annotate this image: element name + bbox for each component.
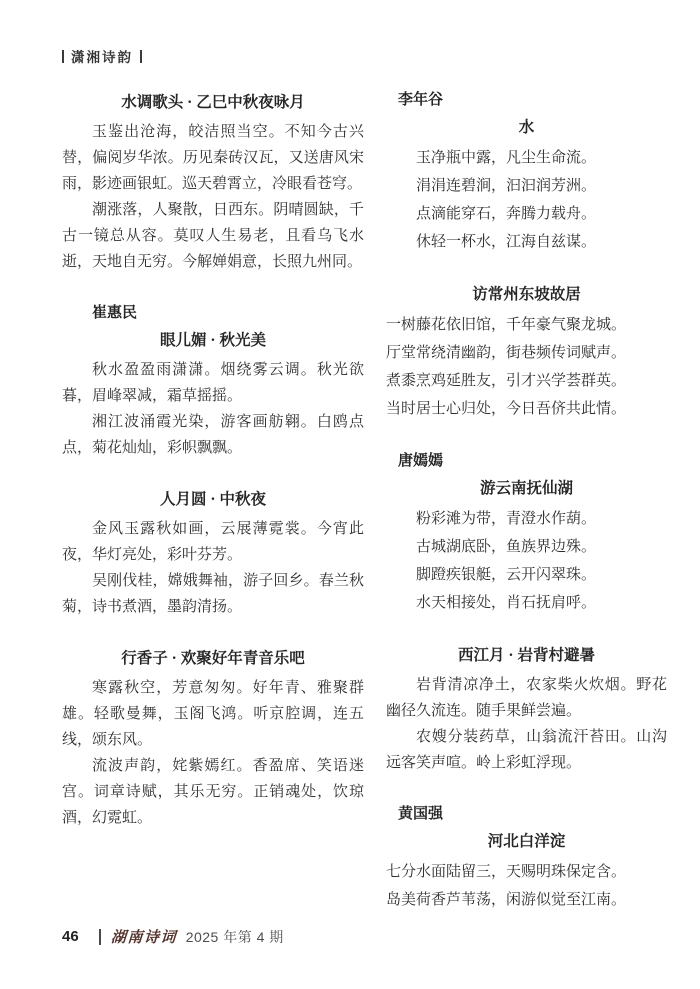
poem-title-youyunnan: 游云南抚仙湖 <box>386 476 667 498</box>
verse-line: 古城湖底卧，鱼族界边殊。 <box>416 533 667 561</box>
author-cuihuimin: 崔惠民 <box>62 301 364 322</box>
section-header: 潇湘诗韵 <box>62 46 667 66</box>
poem-stanza: 湘江波涌霞光染，游客画舫翱。白鸥点点，菊花灿灿，彩帜飘飘。 <box>62 409 364 461</box>
poem-title-renyueyuan: 人月圆 · 中秋夜 <box>62 487 364 509</box>
verse-line: 煮黍烹鸡延胜友，引才兴学荟群英。 <box>386 367 667 395</box>
poem-stanza: 寒露秋空，芳意匆匆。好年青、雅聚群雄。轻歌曼舞，玉阁飞鸿。听京腔调，连五线，颂东… <box>62 675 364 753</box>
verse-line: 岛美荷香芦苇荡，闲游似觉至江南。 <box>386 886 667 914</box>
poem-stanza: 玉鉴出沧海，皎洁照当空。不知今古兴替，偏阅岁华浓。历见秦砖汉瓦，又送唐风宋雨，影… <box>62 119 364 197</box>
verse-line: 水天相接处，肖石抚肩呼。 <box>416 589 667 617</box>
verse-line: 当时居士心归处，今日吾侪共此情。 <box>386 395 667 423</box>
right-column: 李年谷 水 玉净瓶中露，凡尘生命流。 涓涓连碧涧，汩汩润芳洲。 点滴能穿石，奔腾… <box>386 86 667 914</box>
poem-title-xingxiangzi: 行香子 · 欢聚好年青音乐吧 <box>62 646 364 668</box>
poem-verse: 玉净瓶中露，凡尘生命流。 涓涓连碧涧，汩汩润芳洲。 点滴能穿石，奔腾力载舟。 休… <box>386 144 667 256</box>
page-number: 46 <box>62 928 79 945</box>
verse-line: 涓涓连碧涧，汩汩润芳洲。 <box>416 172 667 200</box>
poem-stanza: 农嫂分装药草，山翁流汗苔田。山沟远客笑声喧。岭上彩虹浮现。 <box>386 724 667 776</box>
poem-verse: 七分水面陆留三，天赐明珠保定含。 岛美荷香芦苇荡，闲游似觉至江南。 <box>386 858 667 914</box>
verse-line: 一树藤花依旧馆，千年豪气聚龙城。 <box>386 311 667 339</box>
verse-line: 玉净瓶中露，凡尘生命流。 <box>416 144 667 172</box>
verse-line: 脚蹬疾银艇，云开闪翠珠。 <box>416 561 667 589</box>
poem-verse: 一树藤花依旧馆，千年豪气聚龙城。 厅堂常绕清幽韵，街巷频传词赋声。 煮黍烹鸡延胜… <box>386 311 667 423</box>
poem-stanza: 吴刚伐桂，嫦娥舞袖，游子回乡。春兰秋菊，诗书煮酒，墨韵清扬。 <box>62 568 364 620</box>
poem-stanza: 流波声韵，姹紫嫣红。香盈席、笑语迷宫。词章诗赋，其乐无穷。正销魂处，饮琼酒，幻霓… <box>62 753 364 831</box>
verse-line: 厅堂常绕清幽韵，街巷频传词赋声。 <box>386 339 667 367</box>
poem-title-fangchangzhou: 访常州东坡故居 <box>386 282 667 304</box>
header-left-bar-icon <box>62 50 64 63</box>
poem-stanza: 潮涨落，人聚散，日西东。阴晴圆缺，千古一镜总从容。莫叹人生易老，且看乌飞水逝，天… <box>62 197 364 275</box>
footer-divider-bar-icon <box>99 929 101 945</box>
poem-verse: 粉彩滩为带，青澄水作葫。 古城湖底卧，鱼族界边殊。 脚蹬疾银艇，云开闪翠珠。 水… <box>386 505 667 617</box>
poem-title-xijiangyue: 西江月 · 岩背村避暑 <box>386 643 667 665</box>
verse-line: 七分水面陆留三，天赐明珠保定含。 <box>386 858 667 886</box>
poem-title-shuidiaogetou: 水调歌头 · 乙巳中秋夜咏月 <box>62 90 364 112</box>
verse-line: 粉彩滩为带，青澄水作葫。 <box>416 505 667 533</box>
poem-title-yanermei: 眼儿媚 · 秋光美 <box>62 328 364 350</box>
header-right-bar-icon <box>140 50 142 63</box>
verse-line: 休轻一杯水，江海自兹谋。 <box>416 228 667 256</box>
poem-stanza: 金风玉露秋如画，云展薄霓裳。今宵此夜，华灯亮处，彩叶芬芳。 <box>62 516 364 568</box>
author-tangyanyan: 唐嫣嫣 <box>386 449 667 470</box>
poem-title-shui: 水 <box>386 115 667 137</box>
journal-issue: 2025 年第 4 期 <box>186 927 284 947</box>
author-liniangu: 李年谷 <box>386 88 667 109</box>
journal-name: 湖南诗词 <box>110 926 177 947</box>
magazine-page: 潇湘诗韵 水调歌头 · 乙巳中秋夜咏月 玉鉴出沧海，皎洁照当空。不知今古兴替，偏… <box>0 0 700 989</box>
section-header-label: 潇湘诗韵 <box>71 46 133 66</box>
poem-stanza: 岩背清凉净土，农家柴火炊烟。野花幽径久流连。随手果鲜尝遍。 <box>386 672 667 724</box>
poem-title-hebeibaiyangdian: 河北白洋淀 <box>386 829 667 851</box>
verse-line: 点滴能穿石，奔腾力载舟。 <box>416 200 667 228</box>
left-column: 水调歌头 · 乙巳中秋夜咏月 玉鉴出沧海，皎洁照当空。不知今古兴替，偏阅岁华浓。… <box>62 86 364 914</box>
poem-stanza: 秋水盈盈雨潇潇。烟绕雾云调。秋光欲暮，眉峰翠减，霜草摇摇。 <box>62 357 364 409</box>
page-footer: 46 湖南诗词 2025 年第 4 期 <box>62 926 284 947</box>
author-huangguoqiang: 黄国强 <box>386 802 667 823</box>
two-column-layout: 水调歌头 · 乙巳中秋夜咏月 玉鉴出沧海，皎洁照当空。不知今古兴替，偏阅岁华浓。… <box>62 86 667 914</box>
